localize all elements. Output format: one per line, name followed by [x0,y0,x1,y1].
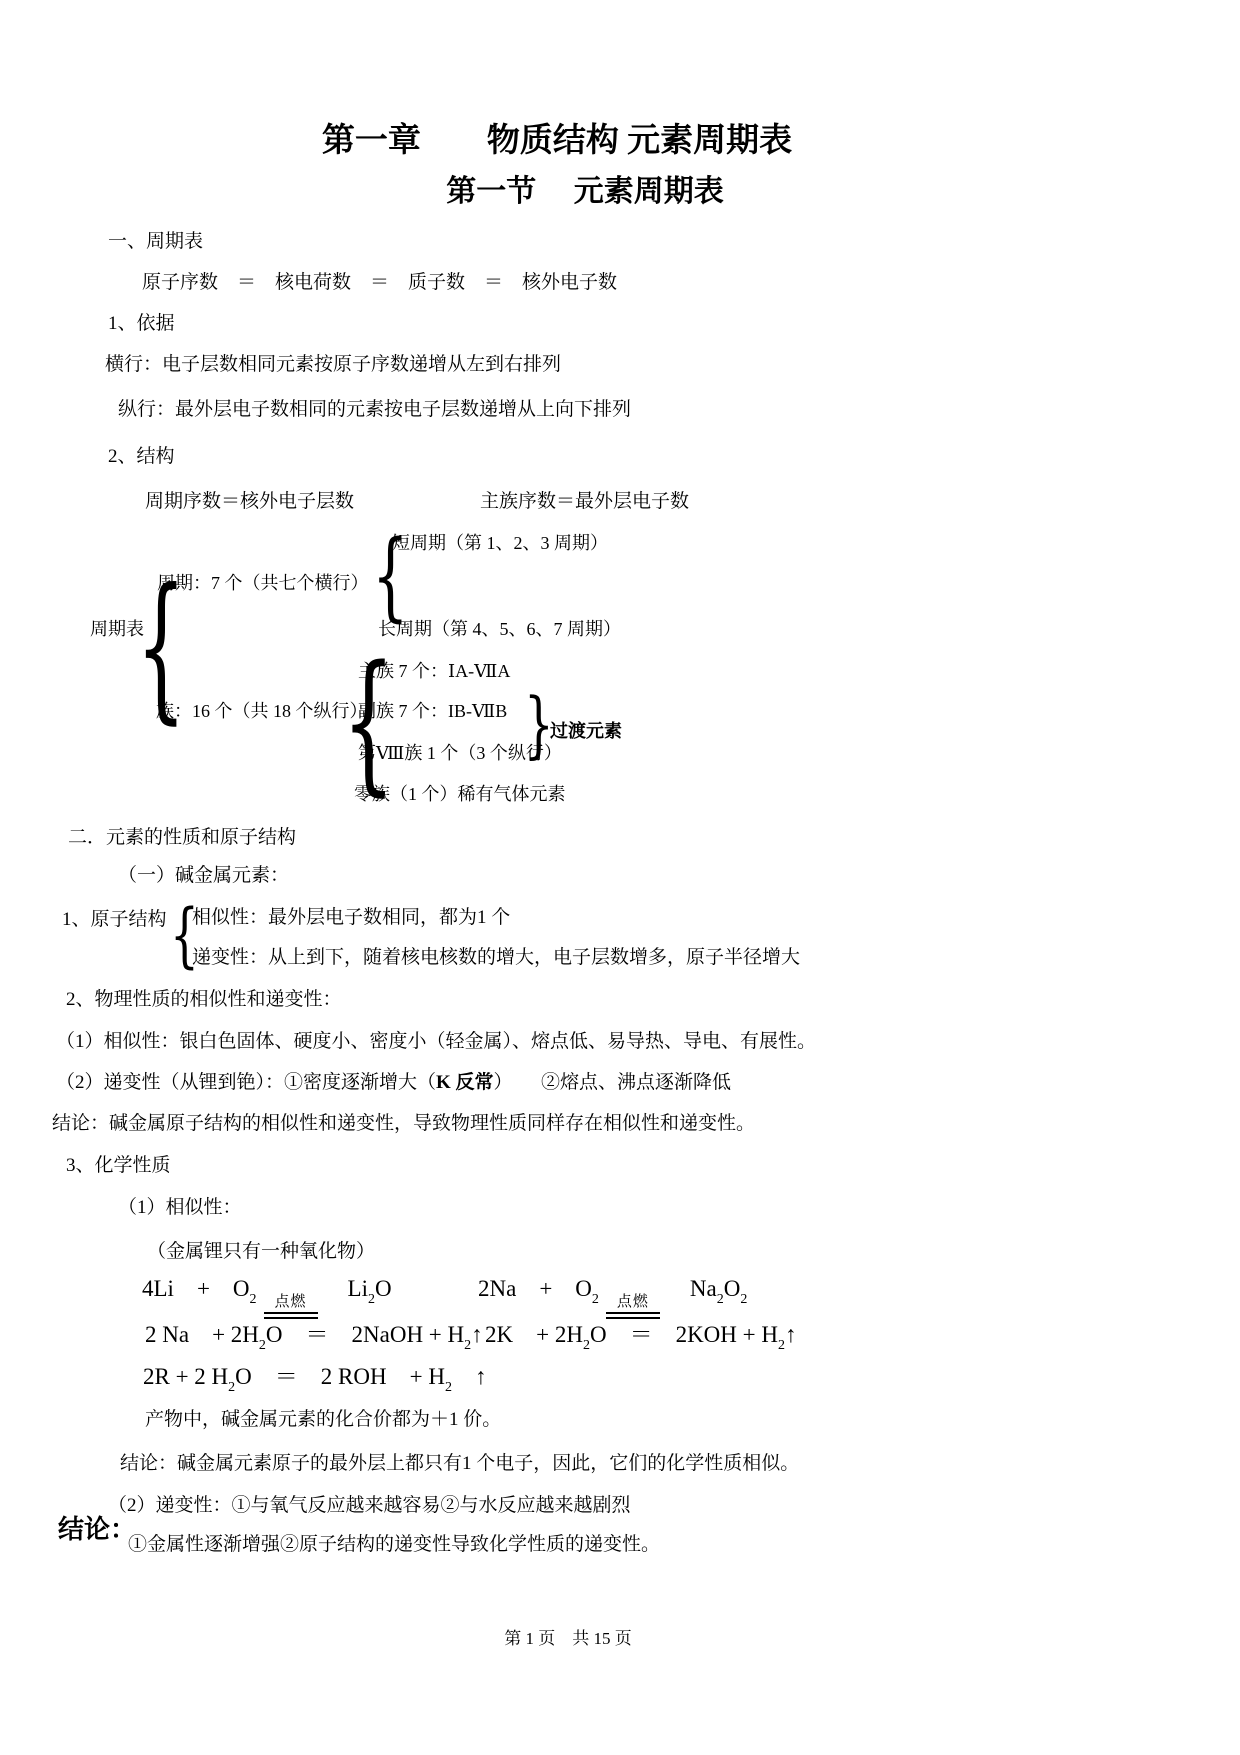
formula-text: O [375,1276,392,1301]
diagram-zero-group: 零族（1 个）稀有气体元素 [354,783,566,806]
lithium-note: （金属锂只有一种氧化物） [147,1240,375,1264]
document-page: 第一章 物质结构 元素周期表 第一节 元素周期表 一、周期表 原子序数 ＝ 核电… [0,0,1240,1755]
column-rule: 纵行：最外层电子数相同的元素按电子层数递增从上向下排列 [118,398,631,422]
heading-basis: 1、依据 [108,312,175,336]
chemical-conclusion: 结论：碱金属元素原子的最外层上都只有1 个电子，因此，它们的化学性质相似。 [120,1452,799,1476]
formula-text: ↑ [471,1322,483,1347]
formula-subscript: 2 [740,1292,747,1307]
chemical-gradient: （2）递变性：①与氧气反应越来越容易②与水反应越来越剧烈 [108,1494,631,1518]
formula-subscript: 2 [778,1338,785,1353]
formula-text: 2Na + O [478,1276,592,1301]
formula-text: ↑ [452,1364,487,1389]
reaction-condition-text: 点燃 [275,1295,307,1310]
product-note: 产物中，碱金属元素的化合价都为＋1 价。 [145,1408,501,1432]
atomic-similarity: 相似性：最外层电子数相同，都为1 个 [192,906,510,930]
diagram-periods-label: 周期：7 个（共七个横行） [157,572,369,595]
diagram-transition-label: 过渡元素 [550,720,622,743]
formula-subscript: 2 [717,1292,724,1307]
diagram-short-period: 短周期（第 1、2、3 周期） [392,532,608,555]
chemical-similarity-heading: （1）相似性： [118,1196,242,1220]
formula-subscript: 2 [259,1338,266,1353]
group-rule: 主族序数＝最外层电子数 [480,490,689,514]
formula-subscript: 2 [592,1292,599,1307]
reaction-condition-text: 点燃 [617,1295,649,1310]
physical-gradient-bold: K 反常 [436,1072,494,1093]
formula-text: 2 Na + 2H [145,1322,259,1347]
section-title: 第一节 元素周期表 [0,166,1170,210]
final-conclusion: ①金属性逐渐增强②原子结构的递变性导致化学性质的递变性。 [128,1533,660,1557]
diagram-groups-label: 族：16 个（共 18 个纵行） [156,700,368,723]
formula-subscript: 2 [583,1338,590,1353]
formula-text: O [724,1276,741,1301]
final-conclusion-label: 结论： [58,1514,136,1547]
formula-text: 4Li + O [142,1276,250,1301]
formula-text: O ＝ 2NaOH + H [266,1322,464,1347]
row-rule: 横行：电子层数相同元素按原子序数递增从左到右排列 [105,353,561,377]
atomic-gradient: 递变性：从上到下，随着核电核数的增大，电子层数增多，原子半径增大 [192,946,800,970]
heading-structure: 2、结构 [108,445,175,469]
equation-li-o2: 4Li + O2点燃 Li2O [142,1270,392,1319]
chapter-title: 第一章 物质结构 元素周期表 [0,114,1114,161]
diagram-sub-groups: 副族 7 个：IB-ⅦB [358,700,507,723]
heading-properties: 二．元素的性质和原子结构 [68,826,296,850]
heading-chemical: 3、化学性质 [66,1154,171,1178]
formula-text: O ＝ 2 ROH + H [235,1364,445,1389]
physical-gradient-prefix: （2）递变性（从锂到铯）：①密度逐渐增大（ [56,1072,436,1093]
page-footer: 第 1 页 共 15 页 [0,1624,1136,1649]
formula-subscript: 2 [368,1292,375,1307]
formula-text: ↑ [785,1322,797,1347]
formula-text: 2K + 2H [485,1322,583,1347]
equation-k-h2o: 2K + 2H2O ＝ 2KOH + H2↑ [485,1316,796,1354]
heading-periodic-table: 一、周期表 [108,230,203,254]
equation-r-h2o: 2R + 2 H2O ＝ 2 ROH + H2 ↑ [143,1358,486,1396]
formula-text: 2R + 2 H [143,1364,228,1389]
physical-gradient-suffix: ） ②熔点、沸点逐渐降低 [494,1072,732,1093]
heading-physical: 2、物理性质的相似性和递变性： [66,988,342,1012]
formula-subscript: 2 [445,1380,452,1395]
atomic-number-identity: 原子序数 ＝ 核电荷数 ＝ 质子数 ＝ 核外电子数 [142,271,617,295]
heading-alkali: （一）碱金属元素： [118,864,289,888]
equation-na-h2o: 2 Na + 2H2O ＝ 2NaOH + H2↑ [145,1316,483,1354]
physical-similarity: （1）相似性：银白色固体、硬度小、密度小（轻金属）、熔点低、易导热、导电、有展性… [56,1030,816,1054]
atomic-structure-label: 1、原子结构 [62,908,167,932]
formula-text: O ＝ 2KOH + H [590,1322,778,1347]
diagram-long-period: 长周期（第 4、5、6、7 周期） [378,618,621,641]
formula-text: Na [667,1276,717,1301]
formula-text: Li [325,1276,368,1301]
physical-conclusion: 结论：碱金属原子结构的相似性和递变性，导致物理性质同样存在相似性和递变性。 [52,1112,755,1136]
diagram-main-groups: 主族 7 个：ⅠA-ⅦA [358,660,510,683]
equation-na-o2: 2Na + O2点燃 Na2O2 [478,1270,747,1319]
period-rule: 周期序数＝核外电子层数 [145,490,354,514]
physical-gradient: （2）递变性（从锂到铯）：①密度逐渐增大（K 反常） ②熔点、沸点逐渐降低 [56,1071,731,1095]
formula-subscript: 2 [250,1292,257,1307]
